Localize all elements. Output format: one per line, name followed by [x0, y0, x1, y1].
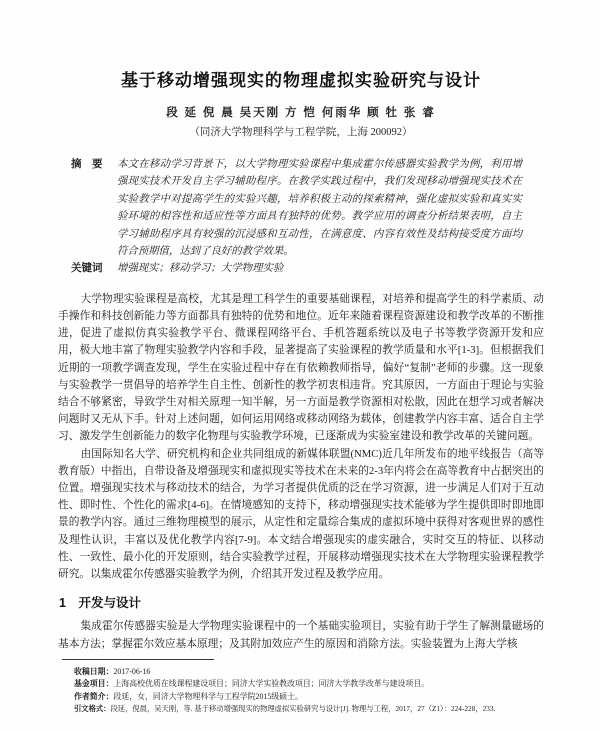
- body-paragraph-1: 大学物理实验课程是高校，尤其是理工科学生的重要基础课程，对培养和提高学生的科学素…: [58, 291, 544, 446]
- abstract-row: 摘 要 本文在移动学习背景下，以大学物理实验课程中集成霍尔传感器实验教学为例，利…: [71, 156, 522, 260]
- keywords-row: 关键词 增强现实；移动学习；大学物理实验: [71, 260, 522, 277]
- footnote-author-bio: 作者简介：段延，女，同济大学物理科学与工程学院2015级硕士。: [74, 691, 564, 703]
- page-title: 基于移动增强现实的物理虚拟实验研究与设计: [58, 66, 544, 91]
- authors-line: 段 延 倪 晨 吴天刚 方 恺 何雨华 顾 牡 张 睿: [58, 104, 544, 120]
- received-date-value: 2017-06-16: [113, 667, 150, 676]
- funding-label: 基金项目：: [74, 679, 113, 688]
- abstract-text: 本文在移动学习背景下，以大学物理实验课程中集成霍尔传感器实验教学为例，利用增强现…: [117, 156, 522, 260]
- citation-value: 段延，倪晨，吴天刚，等. 基于移动增强现实的物理虚拟实验研究与设计[J]. 物理…: [110, 704, 495, 713]
- body-paragraph-2: 由国际知名大学、研究机构和企业共同组成的新媒体联盟(NMC)近几年所发布的地平线…: [58, 446, 544, 584]
- footnote-divider: [62, 659, 214, 660]
- paper-page: 基于移动增强现实的物理虚拟实验研究与设计 段 延 倪 晨 吴天刚 方 恺 何雨华…: [0, 0, 600, 731]
- footnote-funding: 基金项目：上海高校优质在线课程建设项目；同济大学实验教改项目；同济大学教学改革与…: [74, 678, 564, 690]
- section-1-heading: 1 开发与设计: [59, 593, 544, 611]
- received-date-label: 收稿日期：: [74, 667, 113, 676]
- citation-label: 引文格式：: [74, 704, 110, 713]
- author-bio-label: 作者简介：: [74, 692, 113, 701]
- footnote-received: 收稿日期：2017-06-16: [74, 666, 564, 678]
- footnote-citation: 引文格式：段延，倪晨，吴天刚，等. 基于移动增强现实的物理虚拟实验研究与设计[J…: [74, 703, 564, 715]
- keywords-label: 关键词: [71, 260, 117, 277]
- affiliation-line: （同济大学物理科学与工程学院，上海 200092）: [58, 124, 544, 139]
- footnote-area: 收稿日期：2017-06-16 基金项目：上海高校优质在线课程建设项目；同济大学…: [58, 659, 564, 716]
- author-bio-value: 段延，女，同济大学物理科学与工程学院2015级硕士。: [113, 692, 302, 701]
- funding-value: 上海高校优质在线课程建设项目；同济大学实验教改项目；同济大学教学改革与建设项目。: [113, 679, 429, 688]
- abstract-label: 摘 要: [71, 156, 117, 173]
- keywords-text: 增强现实；移动学习；大学物理实验: [117, 260, 522, 277]
- section-1-paragraph: 集成霍尔传感器实验是大学物理实验课程中的一个基础实验项目，实验有助于学生了解测量…: [58, 618, 544, 652]
- abstract-block: 摘 要 本文在移动学习背景下，以大学物理实验课程中集成霍尔传感器实验教学为例，利…: [71, 156, 522, 278]
